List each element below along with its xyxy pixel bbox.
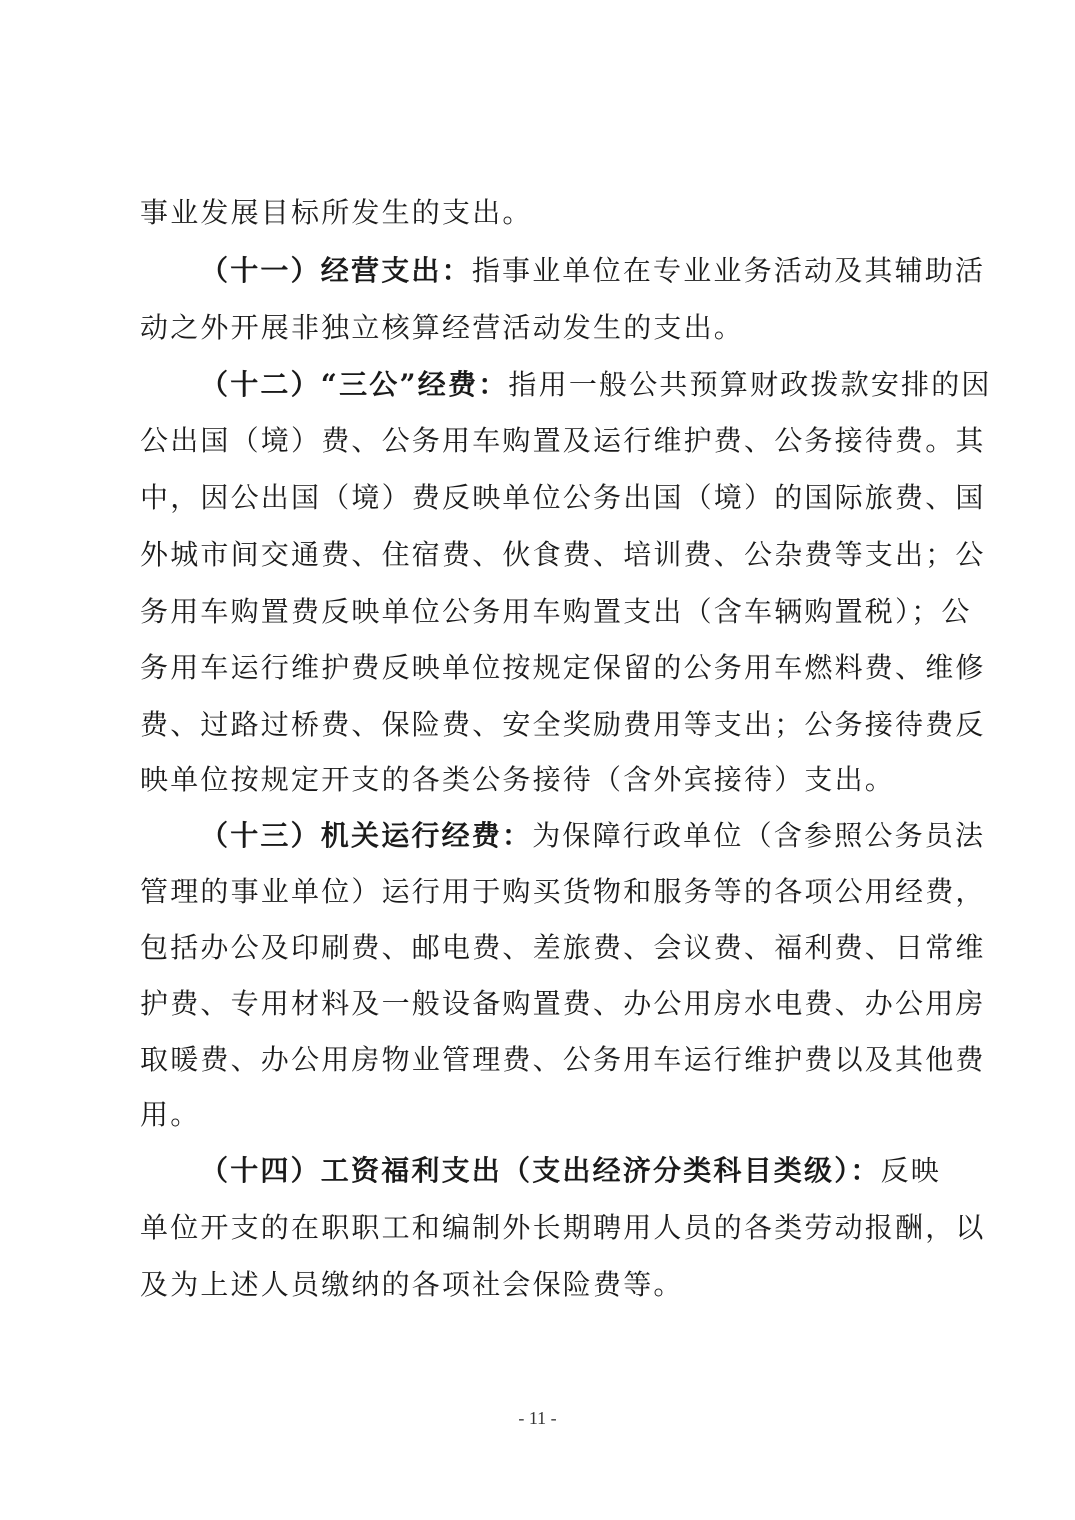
section-heading-line: （十三）机关运行经费：为保障行政单位（含参照公务员法 — [200, 819, 940, 853]
text-line: 护费、专用材料及一般设备购置费、办公用房水电费、办公用房 — [140, 987, 940, 1021]
line-text: 费、过路过桥费、保险费、安全奖励费用等支出；公务接待费反 — [140, 708, 986, 741]
text-line: 务用车运行维护费反映单位按规定保留的公务用车燃料费、维修 — [140, 651, 940, 685]
text-line: 动之外开展非独立核算经营活动发生的支出。 — [140, 311, 940, 345]
section-term: （十一）经营支出： — [200, 254, 472, 287]
line-text: 单位开支的在职职工和编制外长期聘用人员的各类劳动报酬，以 — [140, 1211, 986, 1244]
section-term: （十四）工资福利支出（支出经济分类科目类级）： — [200, 1154, 881, 1187]
text-line: 取暖费、办公用房物业管理费、公务用车运行维护费以及其他费 — [140, 1043, 940, 1077]
line-text: 包括办公及印刷费、邮电费、差旅费、会议费、福利费、日常维 — [140, 931, 986, 964]
line-text: 公出国（境）费、公务用车购置及运行维护费、公务接待费。其 — [140, 424, 986, 457]
text-line: 费、过路过桥费、保险费、安全奖励费用等支出；公务接待费反 — [140, 708, 940, 742]
line-text: 务用车运行维护费反映单位按规定保留的公务用车燃料费、维修 — [140, 651, 986, 684]
section-heading-line: （十四）工资福利支出（支出经济分类科目类级）：反映 — [200, 1154, 940, 1188]
line-text: 中，因公出国（境）费反映单位公务出国（境）的国际旅费、国 — [140, 481, 986, 514]
text-line: 及为上述人员缴纳的各项社会保险费等。 — [140, 1268, 940, 1302]
line-text: 映单位按规定开支的各类公务接待（含外宾接待）支出。 — [140, 763, 895, 796]
line-text: 务用车购置费反映单位公务用车购置支出（含车辆购置税）；公 — [140, 595, 972, 628]
text-line: 映单位按规定开支的各类公务接待（含外宾接待）支出。 — [140, 763, 940, 797]
text-line: 用。 — [140, 1098, 940, 1132]
line-text: 反映 — [881, 1154, 941, 1187]
text-line: 单位开支的在职职工和编制外长期聘用人员的各类劳动报酬，以 — [140, 1211, 940, 1245]
line-text: 取暖费、办公用房物业管理费、公务用车运行维护费以及其他费 — [140, 1043, 986, 1076]
line-text: 指事业单位在专业业务活动及其辅助活 — [472, 254, 985, 287]
line-text: 指用一般公共预算财政拨款安排的因 — [508, 368, 991, 401]
line-text: 动之外开展非独立核算经营活动发生的支出。 — [140, 311, 744, 344]
document-page: 事业发展目标所发生的支出。（十一）经营支出：指事业单位在专业业务活动及其辅助活动… — [0, 0, 1075, 1520]
section-heading-line: （十二）“三公”经费：指用一般公共预算财政拨款安排的因 — [200, 368, 940, 402]
text-line: 事业发展目标所发生的支出。 — [140, 196, 940, 230]
line-text: 及为上述人员缴纳的各项社会保险费等。 — [140, 1268, 684, 1301]
section-heading-line: （十一）经营支出：指事业单位在专业业务活动及其辅助活 — [200, 254, 940, 288]
line-text: 外城市间交通费、住宿费、伙食费、培训费、公杂费等支出；公 — [140, 538, 986, 571]
line-text: 为保障行政单位（含参照公务员法 — [532, 819, 985, 852]
text-line: 中，因公出国（境）费反映单位公务出国（境）的国际旅费、国 — [140, 481, 940, 515]
line-text: 用。 — [140, 1098, 200, 1131]
text-line: 管理的事业单位）运行用于购买货物和服务等的各项公用经费， — [140, 875, 940, 909]
section-term: （十二）“三公”经费： — [200, 368, 508, 401]
section-term: （十三）机关运行经费： — [200, 819, 532, 852]
text-line: 外城市间交通费、住宿费、伙食费、培训费、公杂费等支出；公 — [140, 538, 940, 572]
line-text: 事业发展目标所发生的支出。 — [140, 196, 533, 229]
line-text: 护费、专用材料及一般设备购置费、办公用房水电费、办公用房 — [140, 987, 986, 1020]
line-text: 管理的事业单位）运行用于购买货物和服务等的各项公用经费， — [140, 875, 986, 908]
page-number: - 11 - — [0, 1408, 1075, 1429]
text-line: 包括办公及印刷费、邮电费、差旅费、会议费、福利费、日常维 — [140, 931, 940, 965]
text-line: 公出国（境）费、公务用车购置及运行维护费、公务接待费。其 — [140, 424, 940, 458]
text-line: 务用车购置费反映单位公务用车购置支出（含车辆购置税）；公 — [140, 595, 940, 629]
